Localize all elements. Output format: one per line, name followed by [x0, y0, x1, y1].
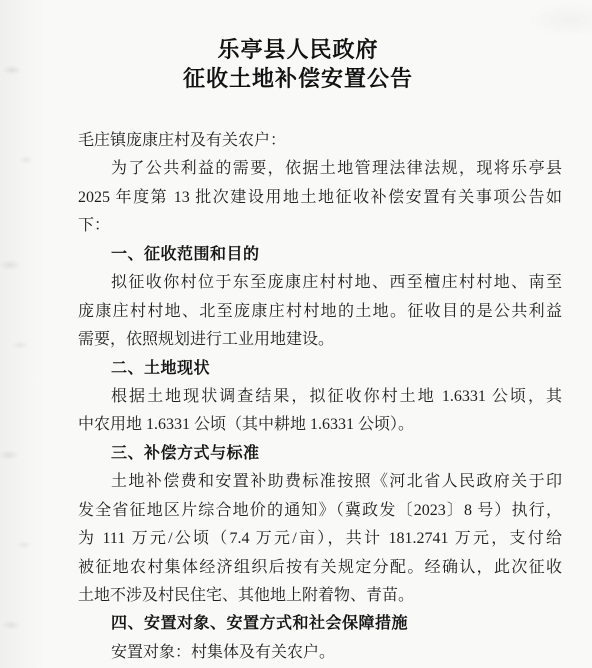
section-1-line-2: 庞康庄村村地、北至庞康庄村村地的土地。征收目的是公共利益: [78, 298, 562, 326]
section-4-line-1: 安置对象：村集体及有关农户。: [78, 639, 562, 667]
salutation-line: 毛庄镇庞康庄村及有关农户：: [78, 127, 562, 155]
section-3-line-1: 土地补偿费和安置补助费标准按照《河北省人民政府关于印: [78, 468, 562, 496]
section-1-line-1: 拟征收你村位于东至庞康庄村村地、西至檀庄村村地、南至: [78, 269, 562, 297]
scanned-notice-page: 乐亭县人民政府 征收土地补偿安置公告 毛庄镇庞康庄村及有关农户： 为了公共利益的…: [0, 0, 592, 668]
section-1-heading: 一、征收范围和目的: [78, 241, 562, 269]
document-body: 毛庄镇庞康庄村及有关农户： 为了公共利益的需要，依据土地管理法律法规，现将乐亭县…: [78, 127, 562, 667]
section-2-heading: 二、土地现状: [78, 355, 562, 383]
intro-line-2: 2025 年度第 13 批次建设用地土地征收补偿安置有关事项公告如: [78, 184, 562, 212]
section-3-line-3: 为 111 万元/公顷（7.4 万元/亩），共计 181.2741 万元，支付给: [78, 525, 562, 553]
section-2-line-2: 中农用地 1.6331 公顷（其中耕地 1.6331 公顷）。: [78, 411, 562, 439]
section-1-line-3: 需要，依照规划进行工业用地建设。: [78, 326, 562, 354]
section-3-line-5: 土地不涉及村民住宅、其他地上附着物、青苗。: [78, 582, 562, 610]
notice-title: 乐亭县人民政府 征收土地补偿安置公告: [4, 35, 592, 93]
section-3-line-4: 被征地农村集体经济组织后按有关规定分配。经确认，此次征收: [78, 554, 562, 582]
section-4-heading: 四、安置对象、安置方式和社会保障措施: [78, 610, 562, 638]
section-3-line-2: 发全省征地区片综合地价的通知》（冀政发〔2023〕8 号）执行，: [78, 497, 562, 525]
section-3-heading: 三、补偿方式与标准: [78, 440, 562, 468]
intro-line-1: 为了公共利益的需要，依据土地管理法律法规，现将乐亭县: [78, 155, 562, 183]
section-2-line-1: 根据土地现状调查结果，拟征收你村土地 1.6331 公顷，其: [78, 383, 562, 411]
intro-line-3: 下：: [78, 212, 562, 240]
title-line-1: 乐亭县人民政府: [4, 35, 592, 64]
title-line-2: 征收土地补偿安置公告: [4, 64, 592, 93]
